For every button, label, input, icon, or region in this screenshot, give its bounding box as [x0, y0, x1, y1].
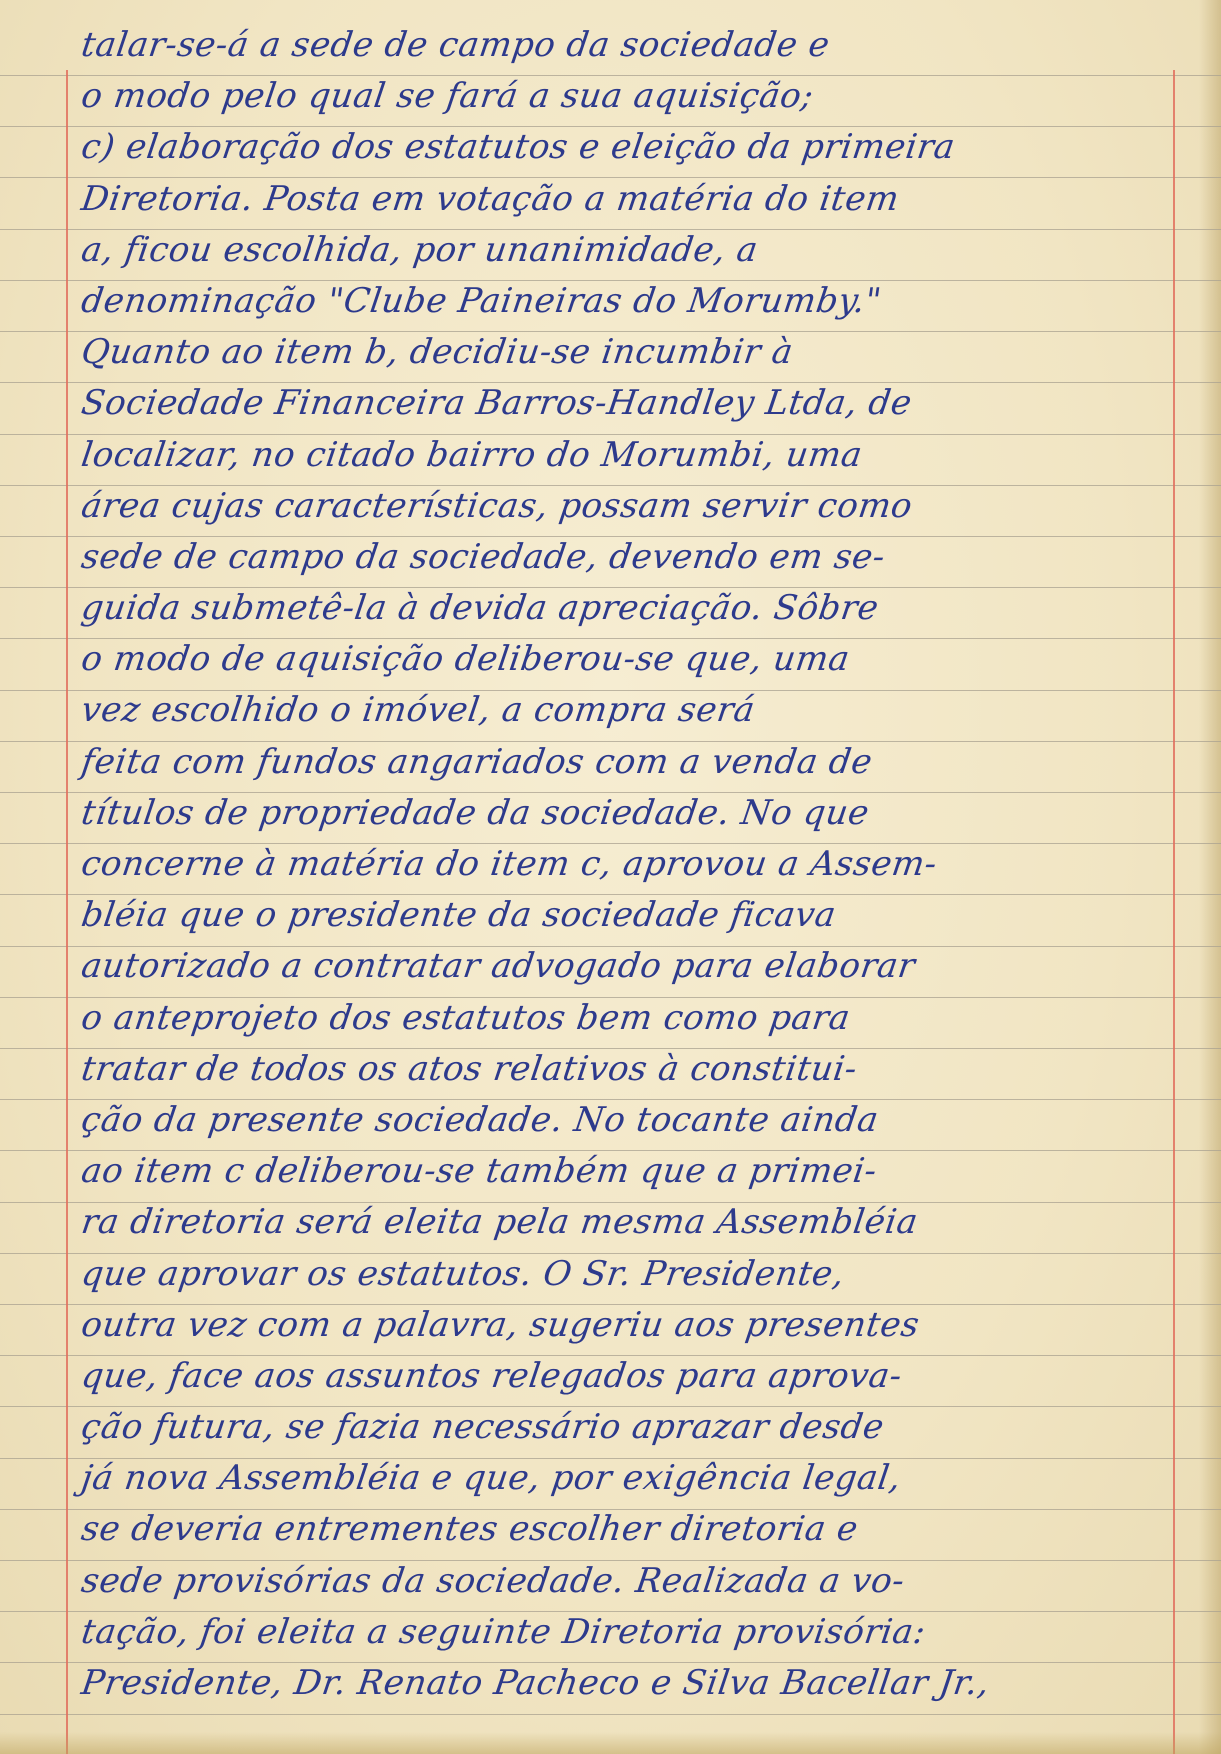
- text-line: ção futura, se fazia necessário aprazar …: [78, 1402, 1185, 1453]
- text-line: Presidente, Dr. Renato Pacheco e Silva B…: [78, 1658, 1185, 1709]
- text-line: que, face aos assuntos relegados para ap…: [78, 1351, 1185, 1402]
- left-margin-line: [66, 70, 68, 1754]
- text-line: o anteprojeto dos estatutos bem como par…: [78, 993, 1185, 1044]
- text-line: c) elaboração dos estatutos e eleição da…: [78, 122, 1185, 173]
- text-line: localizar, no citado bairro do Morumbi, …: [78, 430, 1185, 481]
- text-line: vez escolhido o imóvel, a compra será: [78, 685, 1185, 736]
- text-line: tação, foi eleita a seguinte Diretoria p…: [78, 1607, 1185, 1658]
- text-line: ao item c deliberou-se também que a prim…: [78, 1146, 1185, 1197]
- handwritten-page: talar-se-á a sede de campo da sociedade …: [0, 0, 1221, 1754]
- text-line: títulos de propriedade da sociedade. No …: [78, 788, 1185, 839]
- page-edge-shadow: [1199, 0, 1221, 1754]
- ruled-line: [0, 1714, 1221, 1715]
- text-line: tratar de todos os atos relativos à cons…: [78, 1044, 1185, 1095]
- text-line: Sociedade Financeira Barros-Handley Ltda…: [78, 378, 1185, 429]
- text-line: sede de campo da sociedade, devendo em s…: [78, 532, 1185, 583]
- text-line: a, ficou escolhida, por unanimidade, a: [78, 225, 1185, 276]
- text-line: bléia que o presidente da sociedade fica…: [78, 890, 1185, 941]
- text-line: Diretoria. Posta em votação a matéria do…: [78, 174, 1185, 225]
- text-line: ra diretoria será eleita pela mesma Asse…: [78, 1197, 1185, 1248]
- text-line: Quanto ao item b, decidiu-se incumbir à: [78, 327, 1185, 378]
- text-line: se deveria entrementes escolher diretori…: [78, 1504, 1185, 1555]
- text-line: feita com fundos angariados com a venda …: [78, 737, 1185, 788]
- text-line: o modo de aquisição deliberou-se que, um…: [78, 634, 1185, 685]
- text-line: ção da presente sociedade. No tocante ai…: [78, 1095, 1185, 1146]
- handwritten-text: talar-se-á a sede de campo da sociedade …: [78, 20, 1178, 1709]
- text-line: já nova Assembléia e que, por exigência …: [78, 1453, 1185, 1504]
- text-line: que aprovar os estatutos. O Sr. Presiden…: [78, 1249, 1185, 1300]
- text-line: outra vez com a palavra, sugeriu aos pre…: [78, 1300, 1185, 1351]
- text-line: o modo pelo qual se fará a sua aquisição…: [78, 71, 1185, 122]
- text-line: guida submetê-la à devida apreciação. Sô…: [78, 583, 1185, 634]
- text-line: concerne à matéria do item c, aprovou a …: [78, 839, 1185, 890]
- text-line: área cujas características, possam servi…: [78, 481, 1185, 532]
- text-line: denominação "Clube Paineiras do Morumby.…: [78, 276, 1185, 327]
- text-line: talar-se-á a sede de campo da sociedade …: [78, 20, 1185, 71]
- text-line: sede provisórias da sociedade. Realizada…: [78, 1556, 1185, 1607]
- text-line: autorizado a contratar advogado para ela…: [78, 941, 1185, 992]
